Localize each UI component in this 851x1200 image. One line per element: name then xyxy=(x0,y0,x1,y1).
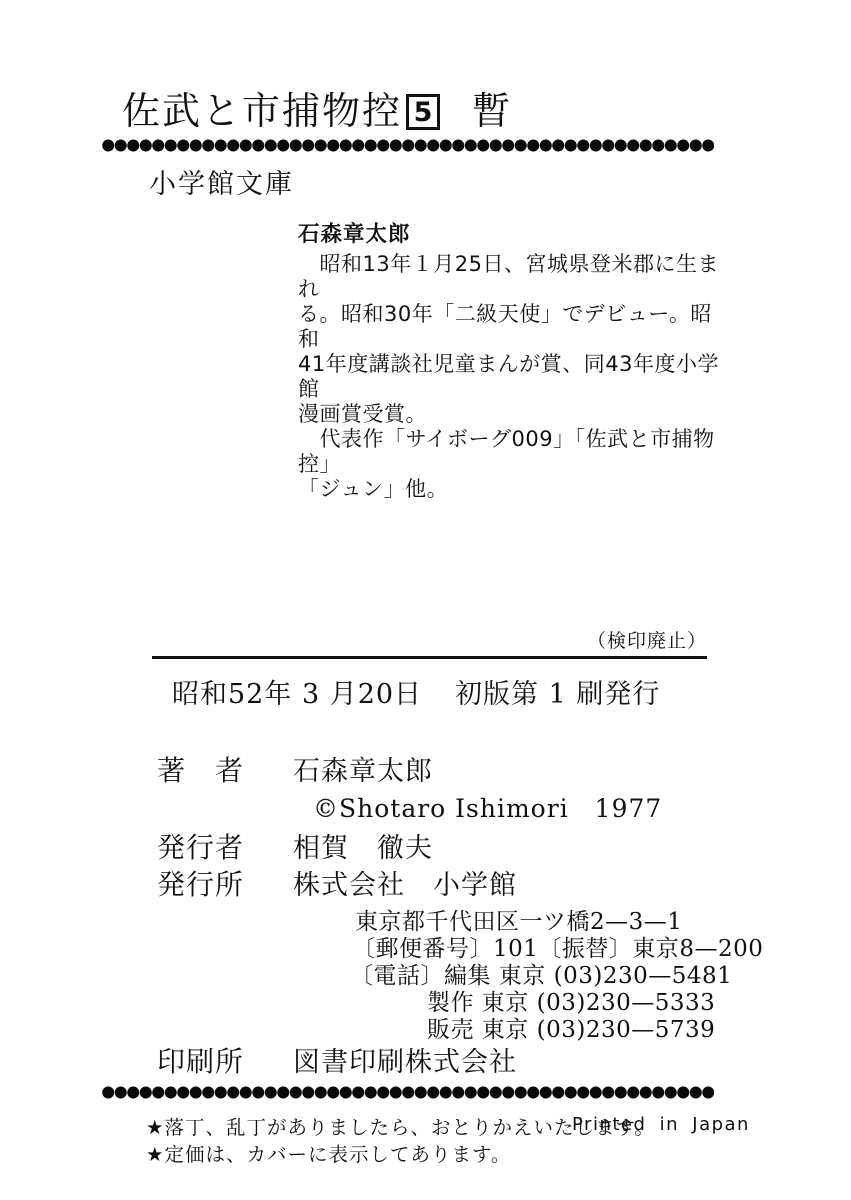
price-on-cover-note: ★定価は、カバーに表示してあります。 xyxy=(146,1139,511,1167)
publisher-label: 発行者 xyxy=(157,826,244,866)
printer-value: 図書印刷株式会社 xyxy=(293,1040,517,1079)
author-bio: 石森章太郎 昭和13年１月25日、宮城県登米郡に生まれ る。昭和30年「二級天使… xyxy=(298,217,730,502)
dotted-divider-bottom xyxy=(102,1086,714,1099)
publication-date: 昭和52年 3 月20日 xyxy=(172,672,422,711)
horizontal-rule xyxy=(152,656,707,659)
copyright-line: ©Shotaro Ishimori 1977 xyxy=(313,789,662,825)
dotted-divider-top xyxy=(102,139,714,152)
inspection-abolished-note: （検印廃止） xyxy=(555,626,707,653)
publishing-company-value: 株式会社 小学館 xyxy=(293,863,517,902)
author-bio-name: 石森章太郎 xyxy=(298,217,730,248)
imprint-label: 小学館文庫 xyxy=(149,162,294,201)
publishing-company-label: 発行所 xyxy=(157,863,244,903)
author-label: 著 者 xyxy=(157,749,244,789)
author-bio-text: 昭和13年１月25日、宮城県登米郡に生まれ る。昭和30年「二級天使」でデビュー… xyxy=(298,252,730,502)
book-colophon-page: 佐武と市捕物控5暫 小学館文庫 石森章太郎 昭和13年１月25日、宮城県登米郡に… xyxy=(0,0,851,1200)
author-value: 石森章太郎 xyxy=(293,749,433,788)
book-title-row: 佐武と市捕物控5暫 xyxy=(122,80,512,135)
volume-number-box: 5 xyxy=(406,94,440,130)
printer-label: 印刷所 xyxy=(157,1040,244,1080)
book-title-text: 佐武と市捕物控 xyxy=(122,89,402,133)
printed-in-japan-label: Printed in Japan xyxy=(572,1114,750,1135)
publisher-value: 相賀 徹夫 xyxy=(293,826,433,865)
edition-statement: 初版第 1 刷発行 xyxy=(455,672,660,711)
book-subtitle: 暫 xyxy=(472,89,512,133)
